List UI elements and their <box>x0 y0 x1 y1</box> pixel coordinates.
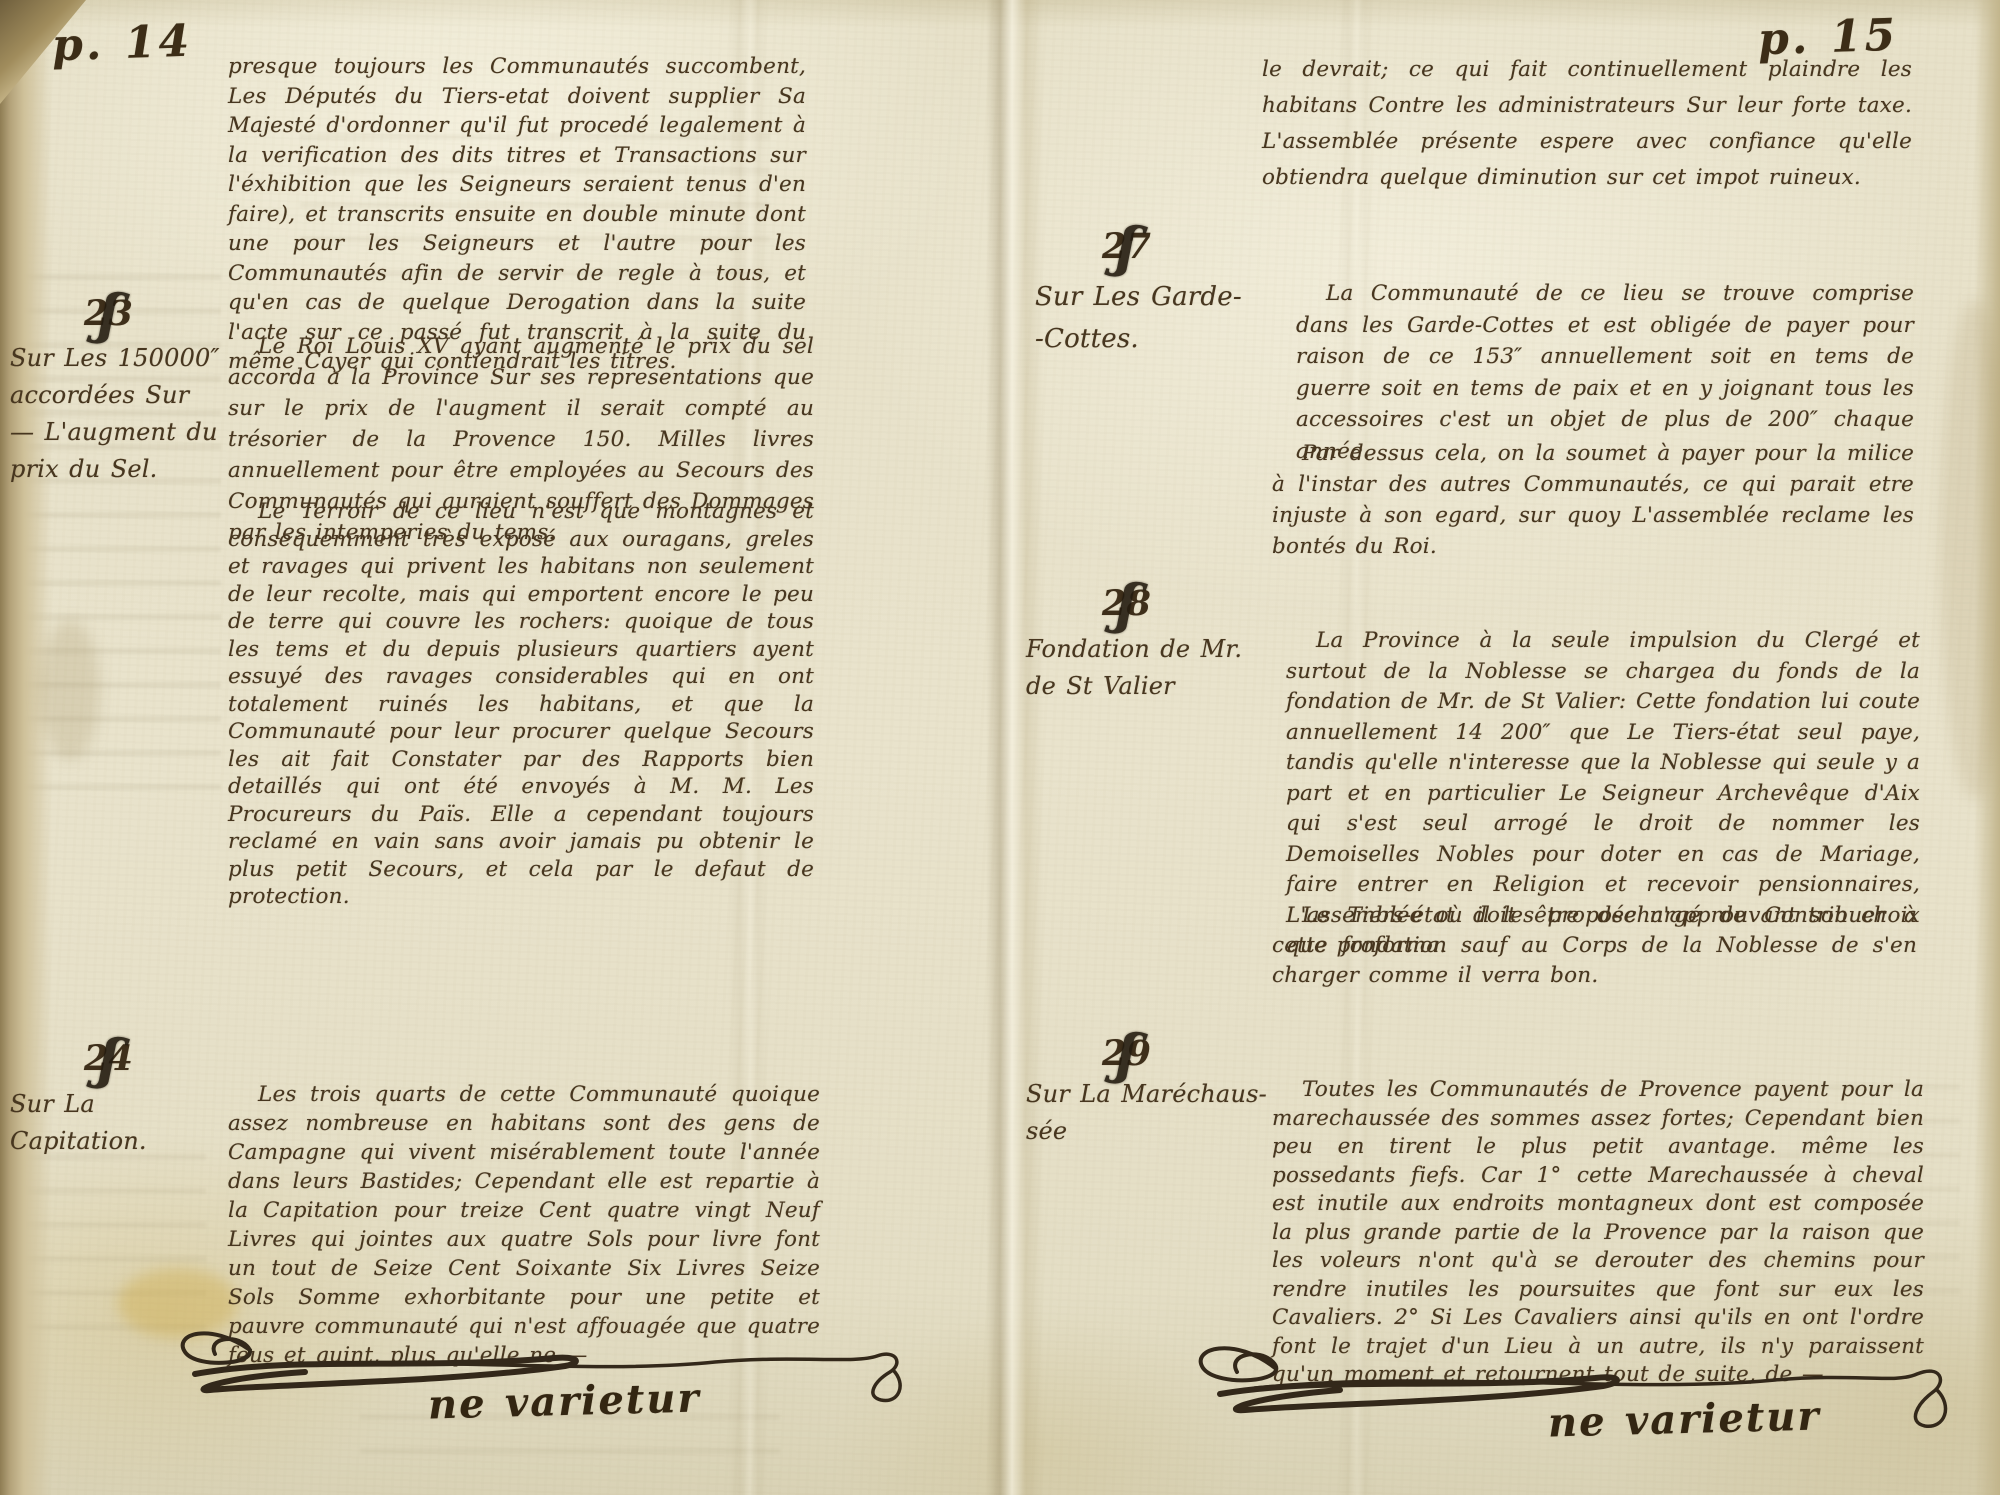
section-paragraph: Le Terroir de ce lieu n'est que montagne… <box>228 498 814 911</box>
margin-note: Sur Les Garde- -Cottes. <box>1035 276 1260 360</box>
scan-edge-shadow <box>0 0 52 1495</box>
section-number: 23 <box>84 293 133 334</box>
section-paragraph: Par dessus cela, on la soumet à payer po… <box>1272 438 1914 562</box>
section-paragraph: Le Tiers-état doit être déchargé de Cont… <box>1272 901 1917 991</box>
ne-varietur-attestation: ne varietur <box>427 1374 701 1428</box>
scan-edge-shadow <box>1974 0 2000 1495</box>
margin-note: Fondation de Mr. de St Valier <box>1026 631 1264 705</box>
page-number-left: p. 14 <box>51 16 193 72</box>
continuation-paragraph: presque toujours les Communautés succomb… <box>228 52 806 377</box>
ne-varietur-attestation: ne varietur <box>1547 1392 1821 1446</box>
continuation-paragraph: le devrait; ce qui fait continuellement … <box>1262 52 1912 196</box>
margin-note: Sur Les 150000″ accordées Sur — L'augmen… <box>10 340 222 488</box>
margin-note: Sur La Maréchaus- sée <box>1026 1076 1271 1150</box>
section-number: 28 <box>1102 583 1151 624</box>
section-number: 27 <box>1102 226 1151 267</box>
section-number: 29 <box>1102 1033 1151 1074</box>
manuscript-scan: { "document": { "kind": "Cahier manuscri… <box>0 0 2000 1495</box>
section-number: 24 <box>84 1038 133 1079</box>
margin-note: Sur La Capitation. <box>10 1086 225 1160</box>
